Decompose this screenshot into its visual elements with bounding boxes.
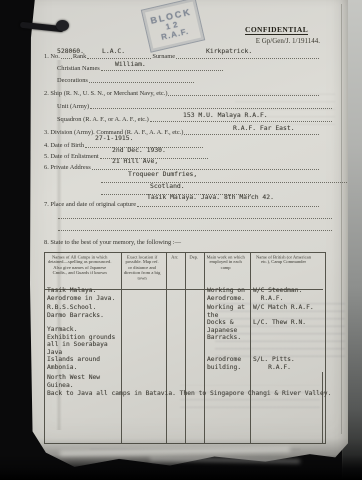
dotted-leader bbox=[58, 218, 332, 219]
dotted-leader bbox=[92, 169, 319, 170]
cell-camps: Yarmack. Exhibition grounds all in Soera… bbox=[45, 324, 122, 356]
cell-dep bbox=[186, 354, 205, 372]
bleed-through-smudge bbox=[235, 88, 335, 128]
field-label-christian-names: Christian Names bbox=[57, 65, 100, 72]
cell-location bbox=[122, 285, 167, 302]
field-value-address-2: Troqueer Dumfries, bbox=[128, 171, 197, 178]
dotted-leader bbox=[61, 58, 72, 59]
cell-dep bbox=[186, 285, 205, 302]
reference-number: E Gp/Gen/J. 1/191144. bbox=[30, 37, 320, 45]
table-header-text: Name of British (or American etc.), Camp… bbox=[252, 255, 315, 266]
cell-arr bbox=[167, 354, 186, 372]
cell-location bbox=[122, 324, 167, 356]
field-label-address: 6. Private Address bbox=[44, 164, 91, 171]
table-header-text: Main work on which employed in each camp bbox=[206, 255, 245, 271]
dotted-leader bbox=[89, 82, 194, 83]
binding-staple-head bbox=[56, 20, 69, 31]
field-value-surname: Kirkpatrick. bbox=[206, 48, 252, 55]
field-label-surname: Surname bbox=[152, 53, 175, 60]
cell-arr bbox=[167, 285, 186, 302]
page-edge-line bbox=[341, 4, 342, 434]
field-label-squadron: Squadron (R. A. F., or A. A. F., etc.) bbox=[57, 116, 149, 123]
dotted-leader bbox=[176, 58, 319, 59]
field-value-address-1: 21 Hill Ave, bbox=[112, 158, 158, 165]
field-value-dob: 27-1-1915. bbox=[95, 135, 133, 142]
form-line-christian-names: Christian Names William. bbox=[44, 60, 333, 72]
dotted-leader bbox=[184, 134, 319, 135]
dotted-leader bbox=[87, 58, 151, 59]
field-value-rank: L.A.C. bbox=[102, 48, 125, 55]
table-header-text: Names of All Camps in which detained—spe… bbox=[46, 255, 113, 276]
cell-dep bbox=[186, 324, 205, 356]
form-line-blank-1 bbox=[44, 208, 333, 220]
cell-camps: North West New Guinea. bbox=[45, 372, 122, 443]
field-label-q8: 8. State to the best of your memory, the… bbox=[44, 239, 181, 246]
form-line-q7-capture: 7. Place and date of original capture Ta… bbox=[44, 196, 320, 208]
field-value-number: 528060. bbox=[57, 48, 84, 55]
field-label-decorations: Decorations bbox=[57, 77, 88, 84]
cell-camps: Tasik Malaya. Aerodrome in Java. bbox=[45, 285, 122, 302]
field-label-unit: Unit (Army) bbox=[57, 103, 89, 110]
dotted-leader bbox=[101, 182, 362, 183]
form-line-decorations: Decorations bbox=[44, 72, 333, 84]
field-value-capture: Tasik Malaya. Java. 8th March 42. bbox=[147, 194, 274, 201]
field-value-christian-names: William. bbox=[115, 61, 146, 68]
table-header-text: Arr. bbox=[168, 255, 182, 260]
dotted-leader bbox=[58, 230, 332, 231]
field-label-ship: 2. Ship (R. N., U. S. N., or Merchant Na… bbox=[44, 90, 167, 97]
bleed-through-smudge bbox=[215, 300, 345, 360]
cell-arr bbox=[167, 324, 186, 356]
classification-label: CONFIDENTIAL bbox=[245, 25, 308, 35]
cell-location bbox=[122, 372, 167, 443]
table-header-text: Dep. bbox=[187, 255, 201, 260]
form-line-q1: 1. No. Rank Surname 528060. L.A.C. Kirkp… bbox=[44, 48, 320, 60]
document-page: BLOCK 12 R.A.F. CONFIDENTIAL E Gp/Gen/J.… bbox=[30, 0, 348, 474]
dotted-leader bbox=[101, 70, 223, 71]
form-line-address-2: Troqueer Dumfries, bbox=[44, 172, 362, 184]
field-value-enlistment: 2nd Dec. 1930. bbox=[112, 147, 166, 154]
cell-location bbox=[122, 354, 167, 372]
bleed-through-smudge bbox=[180, 385, 320, 411]
form-line-blank-2 bbox=[44, 220, 333, 232]
field-value-address-3: Scotland. bbox=[150, 183, 185, 190]
cell-camps: Islands around Ambonia. bbox=[45, 354, 122, 372]
field-label-capture: 7. Place and date of original capture bbox=[44, 201, 136, 208]
scanned-pow-questionnaire: BLOCK 12 R.A.F. CONFIDENTIAL E Gp/Gen/J.… bbox=[0, 0, 362, 480]
table-header-text: Exact location if possible. Map ref. or … bbox=[123, 255, 161, 281]
form-line-q8-instruction: 8. State to the best of your memory, the… bbox=[44, 234, 320, 246]
table-header-row: Names of All Camps in which detained—spe… bbox=[45, 253, 325, 285]
dotted-leader bbox=[137, 206, 319, 207]
